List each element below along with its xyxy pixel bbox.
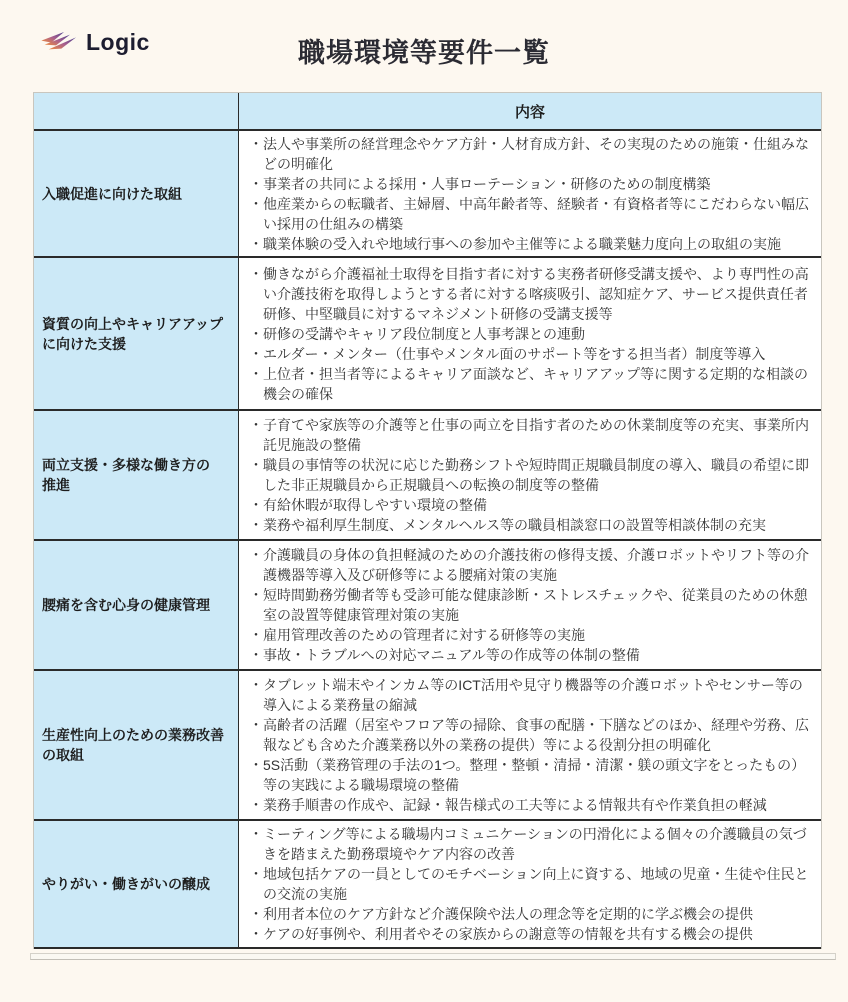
requirements-table: 内容 入職促進に向けた取組 ・法人や事業所の経営理念やケア方針・人材育成方針、そ… — [33, 92, 822, 949]
bullet-item: ・他産業からの転職者、主婦層、中高年齢者等、経験者・有資格者等にこだわらない幅広… — [249, 194, 813, 234]
header-category-cell — [34, 93, 239, 129]
bullet-item: ・上位者・担当者等によるキャリア面談など、キャリアアップ等に関する定期的な相談の… — [249, 364, 813, 404]
bullet-item: ・法人や事業所の経営理念やケア方針・人材育成方針、その実現のための施策・仕組みな… — [249, 134, 813, 174]
category-cell: 生産性向上のための業務改善 の取組 — [34, 671, 239, 819]
bullet-item: ・職員の事情等の状況に応じた勤務シフトや短時間正規職員制度の導入、職員の希望に即… — [249, 455, 813, 495]
table-row: 腰痛を含む心身の健康管理 ・介護職員の身体の負担軽減のための介護技術の修得支援、… — [34, 539, 821, 669]
table-row: 資質の向上やキャリアアップ に向けた支援 ・働きながら介護福祉士取得を目指す者に… — [34, 256, 821, 409]
content-cell: ・法人や事業所の経営理念やケア方針・人材育成方針、その実現のための施策・仕組みな… — [239, 131, 821, 256]
page: Logic 職場環境等要件一覧 内容 入職促進に向けた取組 ・法人や事業所の経営… — [0, 0, 848, 1002]
content-cell: ・子育てや家族等の介護等と仕事の両立を目指す者のための休業制度等の充実、事業所内… — [239, 411, 821, 539]
bullet-item: ・業務や福利厚生制度、メンタルヘルス等の職員相談窓口の設置等相談体制の充実 — [249, 515, 813, 535]
table-row: 入職促進に向けた取組 ・法人や事業所の経営理念やケア方針・人材育成方針、その実現… — [34, 129, 821, 256]
table-row: やりがい・働きがいの醸成 ・ミーティング等による職場内コミュニケーションの円滑化… — [34, 819, 821, 949]
category-cell: 両立支援・多様な働き方の 推進 — [34, 411, 239, 539]
table-row: 生産性向上のための業務改善 の取組 ・タブレット端末やインカム等のICT活用や見… — [34, 669, 821, 819]
bullet-item: ・雇用管理改善のための管理者に対する研修等の実施 — [249, 625, 813, 645]
bullet-item: ・介護職員の身体の負担軽減のための介護技術の修得支援、介護ロボットやリフト等の介… — [249, 545, 813, 585]
header-content-cell: 内容 — [239, 93, 821, 129]
bullet-item: ・5S活動（業務管理の手法の1つ。整理・整頓・清掃・清潔・躾の頭文字をとったもの… — [249, 755, 813, 795]
bullet-item: ・ミーティング等による職場内コミュニケーションの円滑化による個々の介護職員の気づ… — [249, 824, 813, 864]
content-cell: ・働きながら介護福祉士取得を目指す者に対する実務者研修受講支援や、より専門性の高… — [239, 258, 821, 409]
bullet-item: ・タブレット端末やインカム等のICT活用や見守り機器等の介護ロボットやセンサー等… — [249, 675, 813, 715]
bullet-item: ・短時間勤務労働者等も受診可能な健康診断・ストレスチェックや、従業員のための休憩… — [249, 585, 813, 625]
bullet-item: ・研修の受講やキャリア段位制度と人事考課との連動 — [249, 324, 813, 344]
content-cell: ・ミーティング等による職場内コミュニケーションの円滑化による個々の介護職員の気づ… — [239, 821, 821, 947]
category-cell: 腰痛を含む心身の健康管理 — [34, 541, 239, 669]
bullet-item: ・ケアの好事例や、利用者やその家族からの謝意等の情報を共有する機会の提供 — [249, 924, 813, 944]
bullet-item: ・地域包括ケアの一員としてのモチベーション向上に資する、地域の児童・生徒や住民と… — [249, 864, 813, 904]
bullet-item: ・利用者本位のケア方針など介護保険や法人の理念等を定期的に学ぶ機会の提供 — [249, 904, 813, 924]
bullet-item: ・エルダー・メンター（仕事やメンタル面のサポート等をする担当者）制度等導入 — [249, 344, 813, 364]
bullet-item: ・事故・トラブルへの対応マニュアル等の作成等の体制の整備 — [249, 645, 813, 665]
bullet-item: ・子育てや家族等の介護等と仕事の両立を目指す者のための休業制度等の充実、事業所内… — [249, 415, 813, 455]
bullet-item: ・働きながら介護福祉士取得を目指す者に対する実務者研修受講支援や、より専門性の高… — [249, 264, 813, 324]
bullet-item: ・高齢者の活躍（居室やフロア等の掃除、食事の配膳・下膳などのほか、経理や労務、広… — [249, 715, 813, 755]
bullet-item: ・事業者の共同による採用・人事ローテーション・研修のための制度構築 — [249, 174, 813, 194]
category-cell: 資質の向上やキャリアアップ に向けた支援 — [34, 258, 239, 409]
bullet-item: ・有給休暇が取得しやすい環境の整備 — [249, 495, 813, 515]
content-cell: ・介護職員の身体の負担軽減のための介護技術の修得支援、介護ロボットやリフト等の介… — [239, 541, 821, 669]
page-title: 職場環境等要件一覧 — [0, 31, 848, 70]
bullet-item: ・職業体験の受入れや地域行事への参加や主催等による職業魅力度向上の取組の実施 — [249, 234, 813, 254]
next-page-edge — [30, 953, 836, 960]
category-cell: 入職促進に向けた取組 — [34, 131, 239, 256]
category-cell: やりがい・働きがいの醸成 — [34, 821, 239, 947]
bullet-item: ・業務手順書の作成や、記録・報告様式の工夫等による情報共有や作業負担の軽減 — [249, 795, 813, 815]
table-row: 両立支援・多様な働き方の 推進 ・子育てや家族等の介護等と仕事の両立を目指す者の… — [34, 409, 821, 539]
content-cell: ・タブレット端末やインカム等のICT活用や見守り機器等の介護ロボットやセンサー等… — [239, 671, 821, 819]
table-header-row: 内容 — [34, 93, 821, 129]
